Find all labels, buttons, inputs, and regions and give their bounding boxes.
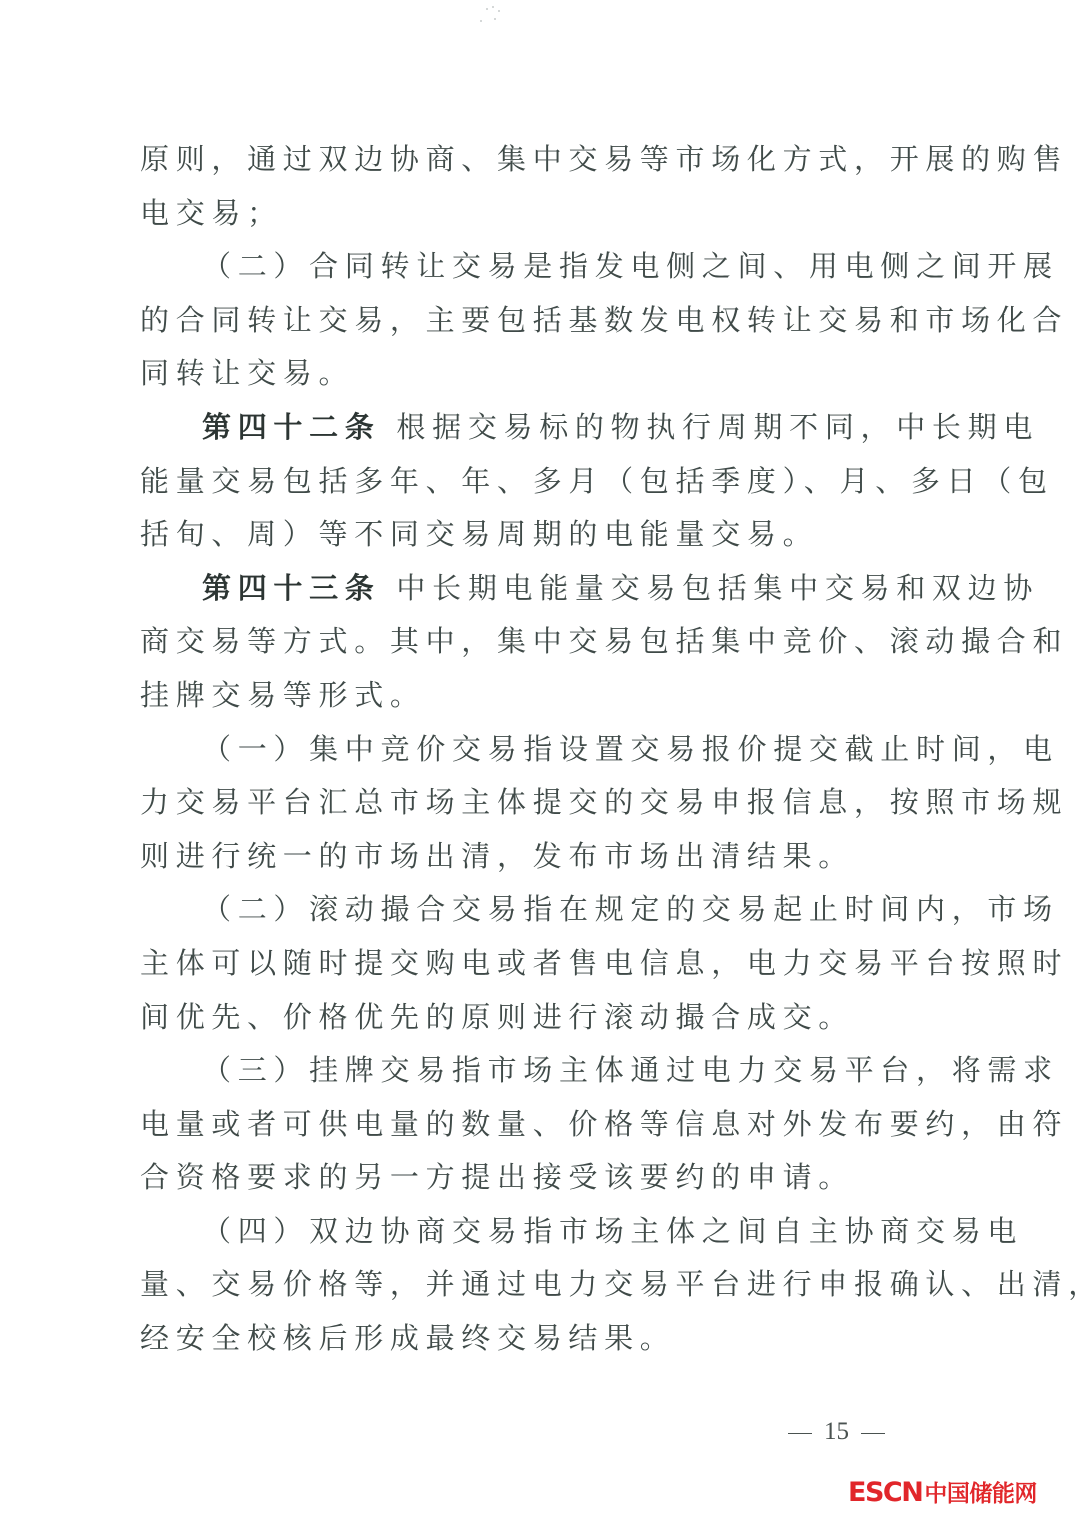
text-line: （三）挂牌交易指市场主体通过电力交易平台，将需求: [140, 1044, 892, 1098]
text-line: 能量交易包括多年、年、多月（包括季度）、月、多日（包: [140, 455, 892, 509]
text-line: （四）双边协商交易指市场主体之间自主协商交易电: [140, 1205, 892, 1259]
line-text: 主体可以随时提交购电或者售电信息，电力交易平台按照时: [140, 946, 1068, 980]
article-heading: 第四十二条: [202, 410, 381, 444]
line-text: 合资格要求的另一方提出接受该要约的申请。: [140, 1160, 854, 1194]
text-line: 括旬、周）等不同交易周期的电能量交易。: [140, 508, 892, 562]
line-text: 电交易；: [140, 196, 283, 230]
line-text: 量、交易价格等，并通过电力交易平台进行申报确认、出清，: [140, 1267, 1080, 1301]
article-heading: 第四十三条: [202, 571, 381, 605]
page-number-value: 15: [824, 1418, 849, 1445]
line-text: （二）滚动撮合交易指在规定的交易起止时间内，市场: [202, 892, 1059, 926]
text-line: 量、交易价格等，并通过电力交易平台进行申报确认、出清，: [140, 1258, 892, 1312]
line-text: 中长期电能量交易包括集中交易和双边协: [381, 571, 1040, 605]
line-text: 电量或者可供电量的数量、价格等信息对外发布要约，由符: [140, 1107, 1068, 1141]
text-line: 力交易平台汇总市场主体提交的交易申报信息，按照市场规: [140, 776, 892, 830]
line-text: 能量交易包括多年、年、多月（包括季度）、月、多日（包: [140, 464, 1054, 498]
dash-left: [788, 1433, 812, 1435]
text-line: （二）合同转让交易是指发电侧之间、用电侧之间开展: [140, 240, 892, 294]
line-text: 商交易等方式。其中，集中交易包括集中竞价、滚动撮合和: [140, 624, 1068, 658]
line-text: 原则，通过双边协商、集中交易等市场化方式，开展的购售: [140, 142, 1068, 176]
dash-right: [861, 1433, 885, 1435]
escn-watermark-logo: ESCN中国储能网: [848, 1475, 1037, 1508]
text-line: 挂牌交易等形式。: [140, 669, 892, 723]
text-line: 第四十三条 中长期电能量交易包括集中交易和双边协: [140, 562, 892, 616]
line-text: 同转让交易。: [140, 356, 354, 390]
text-line: 经安全校核后形成最终交易结果。: [140, 1312, 892, 1366]
line-text: （三）挂牌交易指市场主体通过电力交易平台，将需求: [202, 1053, 1059, 1087]
text-line: （二）滚动撮合交易指在规定的交易起止时间内，市场: [140, 883, 892, 937]
line-text: 力交易平台汇总市场主体提交的交易申报信息，按照市场规: [140, 785, 1068, 819]
text-line: 商交易等方式。其中，集中交易包括集中竞价、滚动撮合和: [140, 615, 892, 669]
line-text: 间优先、价格优先的原则进行滚动撮合成交。: [140, 1000, 854, 1034]
line-text: （四）双边协商交易指市场主体之间自主协商交易电: [202, 1214, 1023, 1248]
text-line: 电交易；: [140, 187, 892, 241]
watermark-latin: ESCN: [848, 1477, 922, 1508]
line-text: 根据交易标的物执行周期不同，中长期电: [381, 410, 1040, 444]
text-line: 主体可以随时提交购电或者售电信息，电力交易平台按照时: [140, 937, 892, 991]
document-body: 原则，通过双边协商、集中交易等市场化方式，开展的购售 电交易； （二）合同转让交…: [140, 133, 892, 1366]
page-number: 15: [788, 1418, 885, 1446]
text-line: 电量或者可供电量的数量、价格等信息对外发布要约，由符: [140, 1098, 892, 1152]
line-text: 的合同转让交易，主要包括基数发电权转让交易和市场化合: [140, 303, 1068, 337]
text-line: 的合同转让交易，主要包括基数发电权转让交易和市场化合: [140, 294, 892, 348]
document-page: 原则，通过双边协商、集中交易等市场化方式，开展的购售 电交易； （二）合同转让交…: [0, 0, 1080, 1528]
line-text: （一）集中竞价交易指设置交易报价提交截止时间，电: [202, 732, 1059, 766]
text-line: 第四十二条 根据交易标的物执行周期不同，中长期电: [140, 401, 892, 455]
line-text: 挂牌交易等形式。: [140, 678, 426, 712]
text-line: 原则，通过双边协商、集中交易等市场化方式，开展的购售: [140, 133, 892, 187]
text-line: 合资格要求的另一方提出接受该要约的申请。: [140, 1151, 892, 1205]
text-line: 同转让交易。: [140, 347, 892, 401]
watermark-cjk: 中国储能网: [924, 1481, 1037, 1507]
line-text: （二）合同转让交易是指发电侧之间、用电侧之间开展: [202, 249, 1059, 283]
scan-artifact: [478, 6, 508, 26]
line-text: 则进行统一的市场出清，发布市场出清结果。: [140, 839, 854, 873]
text-line: 间优先、价格优先的原则进行滚动撮合成交。: [140, 991, 892, 1045]
text-line: 则进行统一的市场出清，发布市场出清结果。: [140, 830, 892, 884]
line-text: 括旬、周）等不同交易周期的电能量交易。: [140, 517, 818, 551]
text-line: （一）集中竞价交易指设置交易报价提交截止时间，电: [140, 723, 892, 777]
line-text: 经安全校核后形成最终交易结果。: [140, 1321, 676, 1355]
